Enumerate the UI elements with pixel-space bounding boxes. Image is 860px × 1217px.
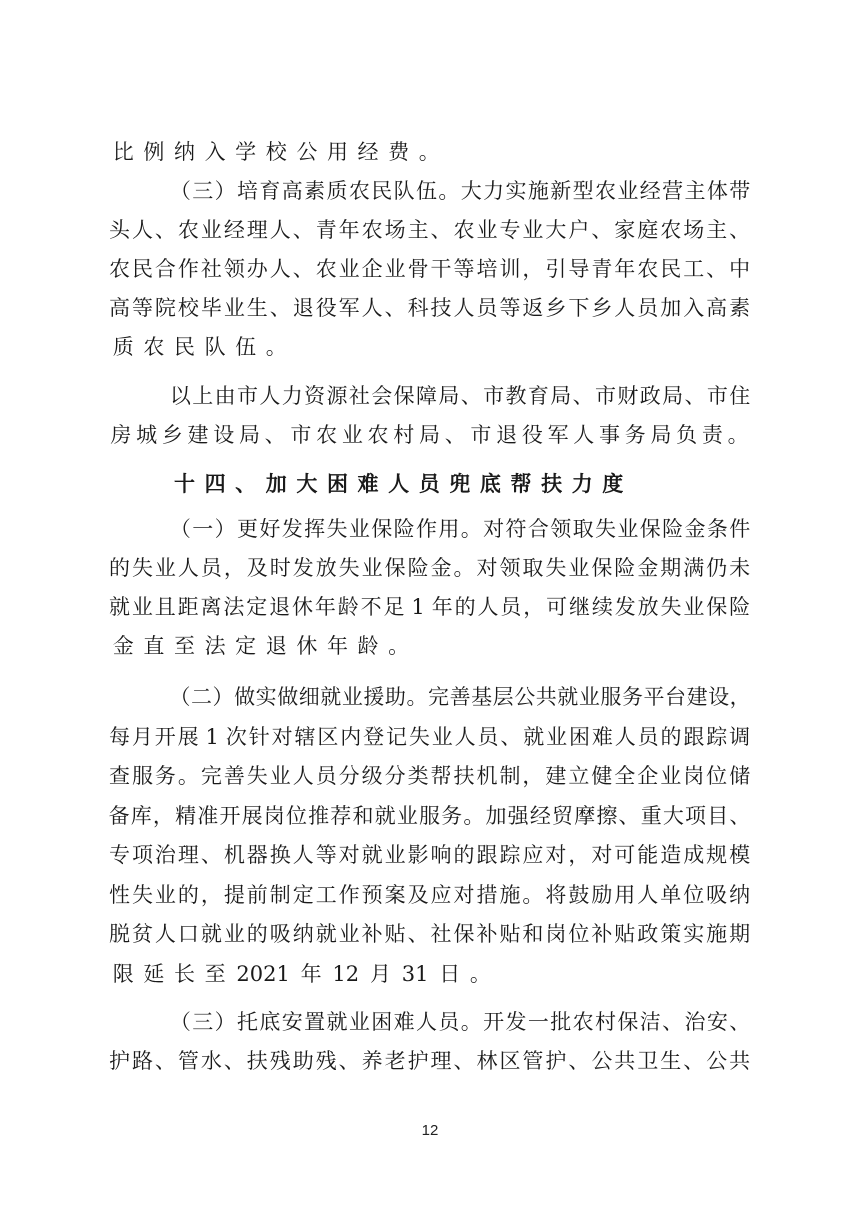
text-line: （二）做实做细就业援助。完善基层公共就业服务平台建设，	[169, 680, 751, 714]
section-heading: 十四、加大困难人员兜底帮扶力度	[169, 467, 751, 501]
text-line: （三）培育高素质农民队伍。大力实施新型农业经营主体带	[169, 174, 751, 208]
text-line: 的失业人员，及时发放失业保险金。对领取失业保险金期满仍未	[108, 551, 751, 585]
text-line: 比例纳入学校公用经费。	[108, 135, 751, 169]
text-line: 农民合作社领办人、农业企业骨干等培训，引导青年农民工、中	[108, 252, 751, 286]
text-line: 高等院校毕业生、退役军人、科技人员等返乡下乡人员加入高素	[108, 291, 751, 325]
text-line: 金直至法定退休年龄。	[108, 629, 751, 663]
text-line: 头人、农业经理人、青年农场主、农业专业大户、家庭农场主、	[108, 213, 751, 247]
document-page: 比例纳入学校公用经费。（三）培育高素质农民队伍。大力实施新型农业经营主体带头人、…	[0, 0, 860, 1217]
page-number: 12	[0, 1122, 860, 1139]
text-line: 性失业的，提前制定工作预案及应对措施。将鼓励用人单位吸纳	[108, 878, 751, 912]
text-line: 备库，精准开展岗位推荐和就业服务。加强经贸摩擦、重大项目、	[108, 799, 751, 833]
text-line: 查服务。完善失业人员分级分类帮扶机制，建立健全企业岗位储	[108, 759, 751, 793]
text-line: 就业且距离法定退休年龄不足1年的人员，可继续发放失业保险	[108, 590, 751, 624]
text-line: 专项治理、机器换人等对就业影响的跟踪应对，对可能造成规模	[108, 838, 751, 872]
text-line: 脱贫人口就业的吸纳就业补贴、社保补贴和岗位补贴政策实施期	[108, 917, 751, 951]
text-line: 护路、管水、扶残助残、养老护理、林区管护、公共卫生、公共	[108, 1044, 751, 1078]
text-line: （一）更好发挥失业保险作用。对符合领取失业保险金条件	[169, 512, 751, 546]
text-line: 每月开展1次针对辖区内登记失业人员、就业困难人员的跟踪调	[108, 720, 751, 754]
text-line: 以上由市人力资源社会保障局、市教育局、市财政局、市住	[169, 379, 751, 413]
text-line: 限延长至2021年12月31日。	[108, 957, 751, 991]
text-line: 质农民队伍。	[108, 330, 751, 364]
text-line: 房城乡建设局、市农业农村局、市退役军人事务局负责。	[108, 418, 751, 452]
text-line: （三）托底安置就业困难人员。开发一批农村保洁、治安、	[169, 1005, 751, 1039]
